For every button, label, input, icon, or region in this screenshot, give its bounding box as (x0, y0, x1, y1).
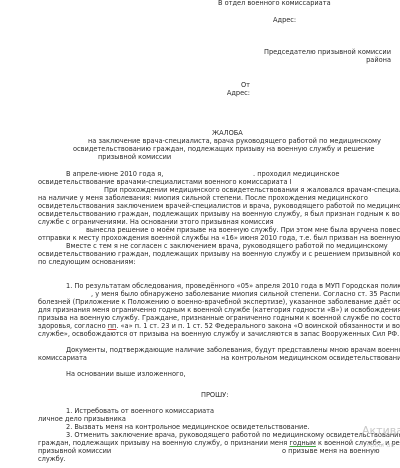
title-subtitle-line-3: призывной комиссии (98, 154, 171, 162)
from-address-label: Адрес: (227, 90, 250, 98)
request-heading: ПРОШУ: (201, 392, 228, 400)
activation-watermark-line-2: тобы ак (366, 442, 395, 450)
item1-line-6b: . «а» п. 1 ст. 23 и п. 1 ст. 52 Федераль… (116, 322, 400, 330)
item1-line-6a: здоровья, согласно (38, 322, 108, 330)
request-3-line-3b: о призыве меня на военную (282, 448, 380, 456)
chairman-line-2: района (366, 57, 391, 65)
p4-line-3: по следующим основаниям: (38, 259, 136, 267)
grammar-word-godnym: годным (289, 439, 316, 447)
request-3-line-4: службу. (38, 456, 66, 464)
addressee-address-label: Адрес: (273, 17, 296, 25)
request-3-line-2a: граждан, подлежащих призыву на военную с… (38, 439, 289, 447)
p5-line-2a: комиссариата (38, 355, 87, 363)
p5-line-2b: на контрольном медицинском освидетельств… (221, 355, 400, 363)
addressee-department: В отдел военного комиссариата (218, 0, 331, 8)
activation-watermark-line-1: Актива (362, 427, 400, 435)
p6: На основании выше изложенного, (66, 371, 186, 379)
item1-line-7: службе», освобождаются от призыва на вое… (38, 331, 399, 339)
